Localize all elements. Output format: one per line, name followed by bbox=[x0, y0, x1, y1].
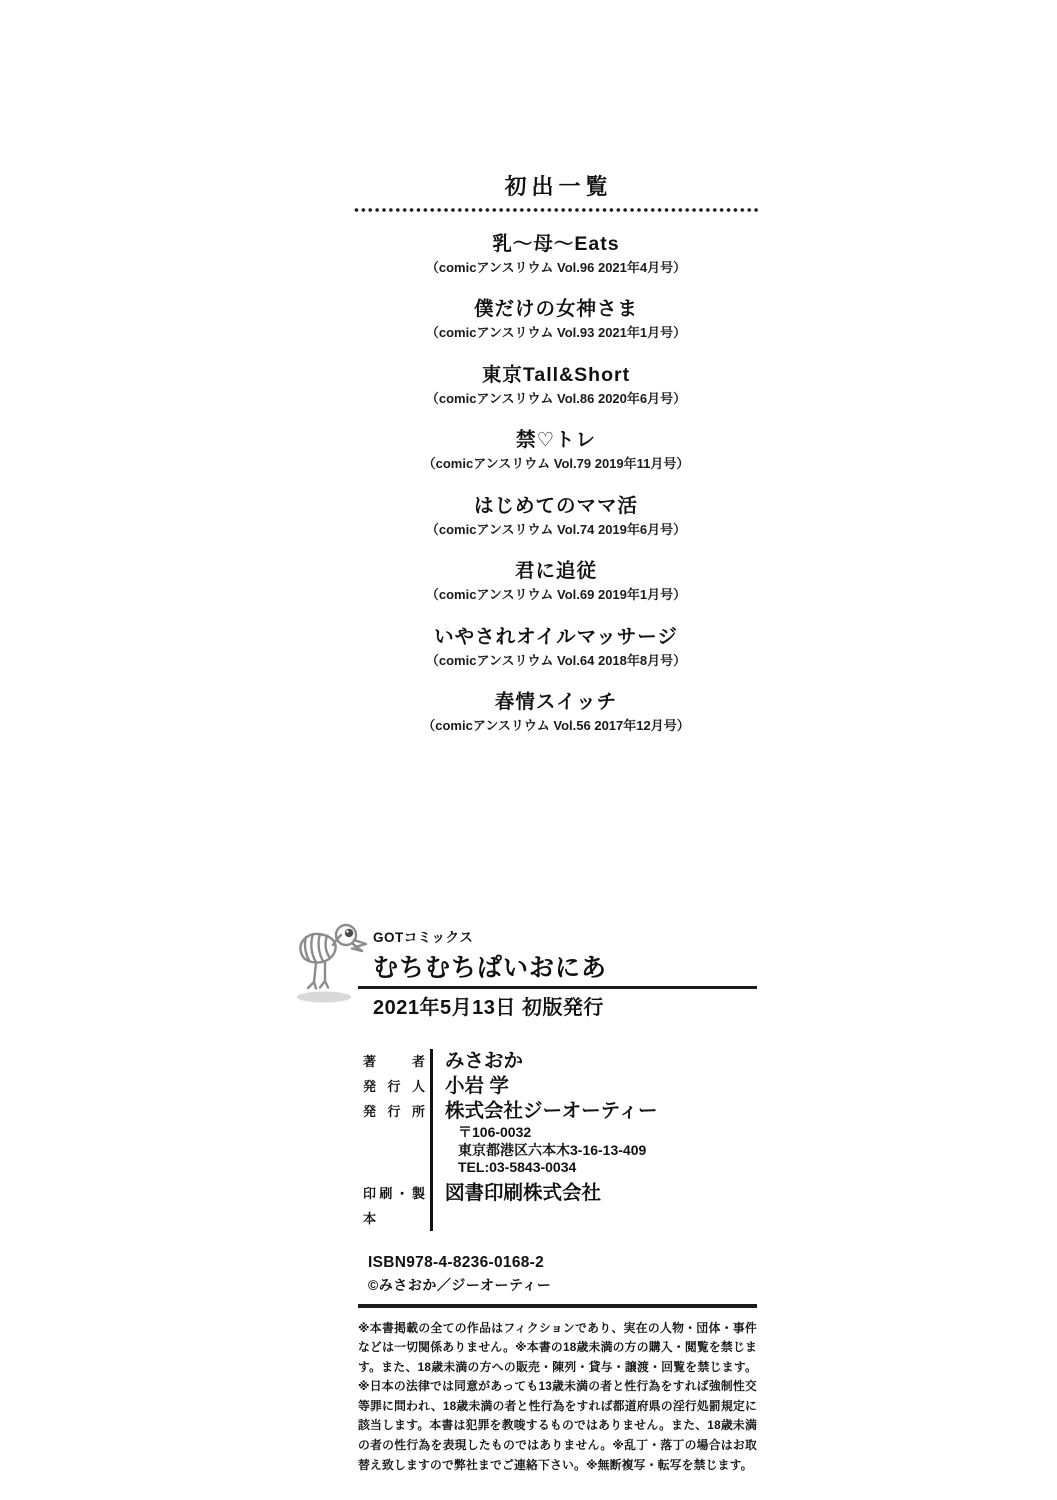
list-item: はじめてのママ活 （comicアンスリウム Vol.74 2019年6月号） bbox=[353, 493, 759, 540]
list-item: いやされオイルマッサージ （comicアンスリウム Vol.64 2018年8月… bbox=[353, 624, 759, 671]
credit-label-publisher: 発行所 bbox=[358, 1099, 430, 1124]
isbn: ISBN978-4-8236-0168-2 bbox=[368, 1253, 757, 1273]
chapter-source: （comicアンスリウム Vol.79 2019年11月号） bbox=[353, 453, 759, 474]
colophon-block: GOTコミックス むちむちぱいおにあ 2021年5月13日 初版発行 著者 みさ… bbox=[358, 930, 757, 1475]
chapter-title: 僕だけの女神さま bbox=[353, 296, 759, 322]
chapter-title: いやされオイルマッサージ bbox=[353, 624, 759, 650]
chapter-source: （comicアンスリウム Vol.56 2017年12月号） bbox=[353, 715, 759, 736]
chapter-source: （comicアンスリウム Vol.86 2020年6月号） bbox=[353, 388, 759, 409]
chapter-source: （comicアンスリウム Vol.93 2021年1月号） bbox=[353, 322, 759, 343]
publication-list-title: 初出一覧 bbox=[353, 172, 759, 202]
book-title: むちむちぱいおにあ bbox=[373, 953, 757, 983]
list-item: 君に追従 （comicアンスリウム Vol.69 2019年1月号） bbox=[353, 558, 759, 605]
chapter-title: 君に追従 bbox=[353, 558, 759, 584]
dotted-divider bbox=[353, 208, 759, 212]
chapter-source: （comicアンスリウム Vol.96 2021年4月号） bbox=[353, 257, 759, 278]
copyright-line: ©みさおか／ジーオーティー bbox=[368, 1276, 757, 1295]
chapter-title: 東京Tall&Short bbox=[353, 362, 759, 388]
credit-value-author: みさおか bbox=[430, 1049, 757, 1074]
list-item: 禁♡トレ （comicアンスリウム Vol.79 2019年11月号） bbox=[353, 427, 759, 474]
list-item: 乳〜母〜Eats （comicアンスリウム Vol.96 2021年4月号） bbox=[353, 231, 759, 278]
credit-value-publisher: 株式会社ジーオーティー bbox=[430, 1099, 757, 1124]
chapter-title: 乳〜母〜Eats bbox=[353, 231, 759, 257]
edition-date: 2021年5月13日 初版発行 bbox=[373, 996, 757, 1020]
credit-label-empty bbox=[358, 1124, 430, 1142]
publication-list: 初出一覧 乳〜母〜Eats （comicアンスリウム Vol.96 2021年4… bbox=[353, 172, 759, 736]
chapter-title: 禁♡トレ bbox=[353, 427, 759, 453]
credit-label-printing: 印刷・製本 bbox=[358, 1177, 430, 1231]
bird-doodle-icon bbox=[294, 920, 370, 1008]
disclaimer-divider bbox=[358, 1304, 757, 1308]
publisher-tel: TEL:03-5843-0034 bbox=[430, 1159, 757, 1177]
credit-value-printing: 図書印刷株式会社 bbox=[430, 1177, 757, 1231]
title-divider bbox=[358, 986, 757, 989]
list-item: 東京Tall&Short （comicアンスリウム Vol.86 2020年6月… bbox=[353, 362, 759, 409]
chapter-title: 春情スイッチ bbox=[353, 689, 759, 715]
imprint-label: GOTコミックス bbox=[373, 930, 757, 945]
chapter-source: （comicアンスリウム Vol.64 2018年8月号） bbox=[353, 650, 759, 671]
credit-label-empty bbox=[358, 1142, 430, 1160]
list-item: 僕だけの女神さま （comicアンスリウム Vol.93 2021年1月号） bbox=[353, 296, 759, 343]
chapter-title: はじめてのママ活 bbox=[353, 493, 759, 519]
chapter-source: （comicアンスリウム Vol.69 2019年1月号） bbox=[353, 584, 759, 605]
credit-label-publisher-person: 発行人 bbox=[358, 1074, 430, 1099]
credit-value-publisher-person: 小岩 学 bbox=[430, 1074, 757, 1099]
credits-table: 著者 みさおか 発行人 小岩 学 発行所 株式会社ジーオーティー 〒106-00… bbox=[358, 1049, 757, 1231]
credit-label-empty bbox=[358, 1159, 430, 1177]
colophon-page: { "publication_list": { "title": "初出一覧",… bbox=[0, 0, 1057, 1500]
list-item: 春情スイッチ （comicアンスリウム Vol.56 2017年12月号） bbox=[353, 689, 759, 736]
publisher-address: 東京都港区六本木3-16-13-409 bbox=[430, 1142, 757, 1160]
chapter-source: （comicアンスリウム Vol.74 2019年6月号） bbox=[353, 519, 759, 540]
publisher-postal-code: 〒106-0032 bbox=[430, 1124, 757, 1142]
legal-disclaimer: ※本書掲載の全ての作品はフィクションであり、実在の人物・団体・事件などは一切関係… bbox=[358, 1319, 757, 1476]
credit-label-author: 著者 bbox=[358, 1049, 430, 1074]
